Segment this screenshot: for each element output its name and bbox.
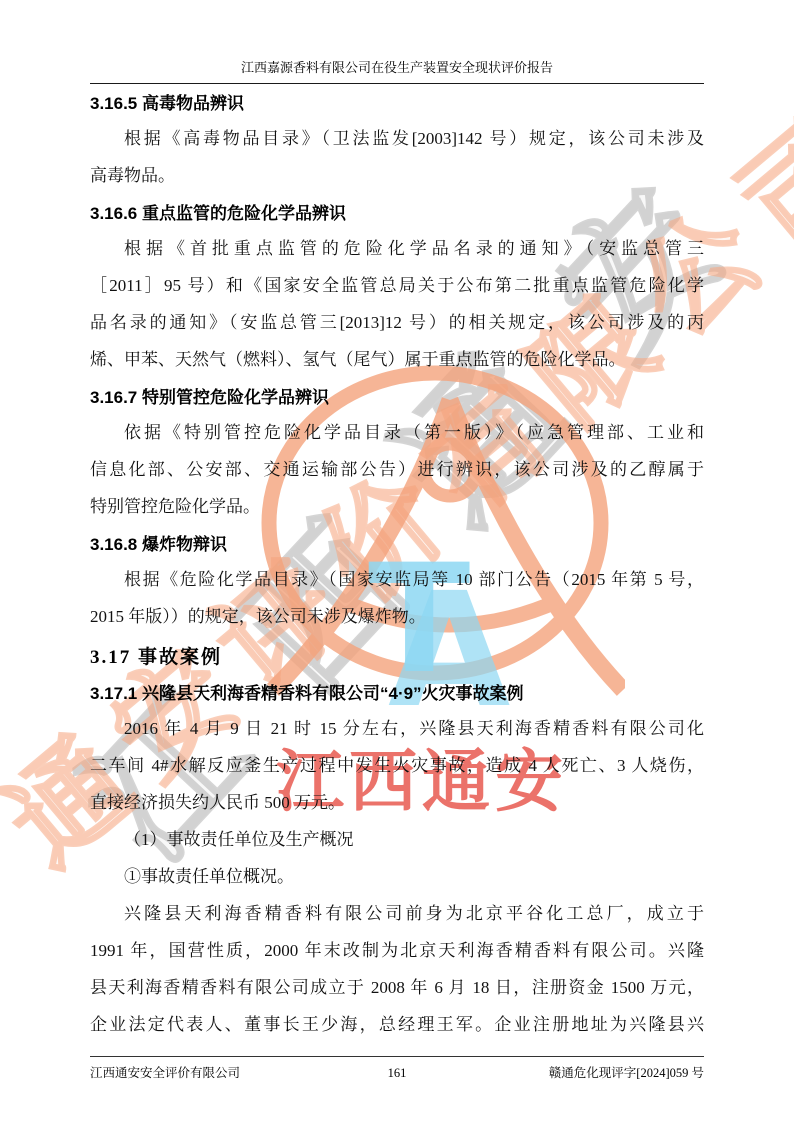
header-divider [90, 83, 704, 84]
page-footer: 江西通安安全评价有限公司 161 赣通危化现评字[2024]059 号 [90, 1056, 704, 1081]
footer-doc-number: 赣通危化现评字[2024]059 号 [549, 1063, 704, 1081]
document-page: 江西通安 通安评价有限公司 T A 江西通安 江西嘉源香料有限公司在役生产装置安… [0, 0, 794, 1123]
section-heading-3-16-7: 3.16.7 特别管控危险化学品辨识 [90, 384, 704, 412]
body-line: 兴隆县天利海香精香料有限公司前身为北京平谷化工总厂，成立于 [90, 895, 704, 932]
body-line: 1991 年，国营性质，2000 年末改制为北京天利海香精香料有限公司。兴隆 [90, 932, 704, 969]
body-line: 2015 年版））的规定，该公司未涉及爆炸物。 [90, 598, 704, 635]
body-line: 依据《特别管控危险化学品目录（第一版）》（应急管理部、工业和 [90, 414, 704, 451]
body-line: 企业法定代表人、董事长王少海，总经理王军。企业注册地址为兴隆县兴 [90, 1006, 704, 1043]
body-line: 2016 年 4 月 9 日 21 时 15 分左右，兴隆县天利海香精香料有限公… [90, 710, 704, 747]
body-line: 二车间 4#水解反应釜生产过程中发生火灾事故，造成 4 人死亡、3 人烧伤， [90, 747, 704, 784]
body-line: 烯、甲苯、天然气（燃料）、氢气（尾气）属于重点监管的危险化学品。 [90, 341, 704, 378]
page-header-title: 江西嘉源香料有限公司在役生产装置安全现状评价报告 [90, 0, 704, 78]
document-content: 江西嘉源香料有限公司在役生产装置安全现状评价报告 3.16.5 高毒物品辨识 根… [0, 0, 794, 1043]
list-item-circled-1: ①事故责任单位概况。 [90, 858, 704, 895]
footer-company: 江西通安安全评价有限公司 [90, 1063, 388, 1081]
section-heading-3-16-5: 3.16.5 高毒物品辨识 [90, 90, 704, 118]
body-line: 县天利海香精香料有限公司成立于 2008 年 6 月 18 日，注册资金 150… [90, 969, 704, 1006]
body-line: 信息化部、公安部、交通运输部公告）进行辨识，该公司涉及的乙醇属于 [90, 451, 704, 488]
section-heading-3-16-6: 3.16.6 重点监管的危险化学品辨识 [90, 200, 704, 228]
body-line: 根据《首批重点监管的危险化学品名录的通知》（安监总管三 [90, 230, 704, 267]
body-line: 根据《危险化学品目录》（国家安监局等 10 部门公告（2015 年第 5 号， [90, 561, 704, 598]
body-line: 特别管控危险化学品。 [90, 488, 704, 525]
body-line: 根据《高毒物品目录》（卫法监发[2003]142 号）规定，该公司未涉及 [90, 120, 704, 157]
body-line: 高毒物品。 [90, 157, 704, 194]
body-line: ［2011］95 号）和《国家安全监管总局关于公布第二批重点监管危险化学 [90, 267, 704, 304]
list-item-1: （1）事故责任单位及生产概况 [90, 821, 704, 858]
section-heading-3-17: 3.17 事故案例 [90, 642, 704, 674]
body-line: 直接经济损失约人民币 500 万元。 [90, 784, 704, 821]
section-heading-3-17-1: 3.17.1 兴隆县天利海香精香料有限公司“4·9”火灾事故案例 [90, 680, 704, 708]
body-line: 品名录的通知》（安监总管三[2013]12 号）的相关规定，该公司涉及的丙 [90, 304, 704, 341]
section-heading-3-16-8: 3.16.8 爆炸物辩识 [90, 531, 704, 559]
footer-page-number: 161 [388, 1066, 407, 1081]
